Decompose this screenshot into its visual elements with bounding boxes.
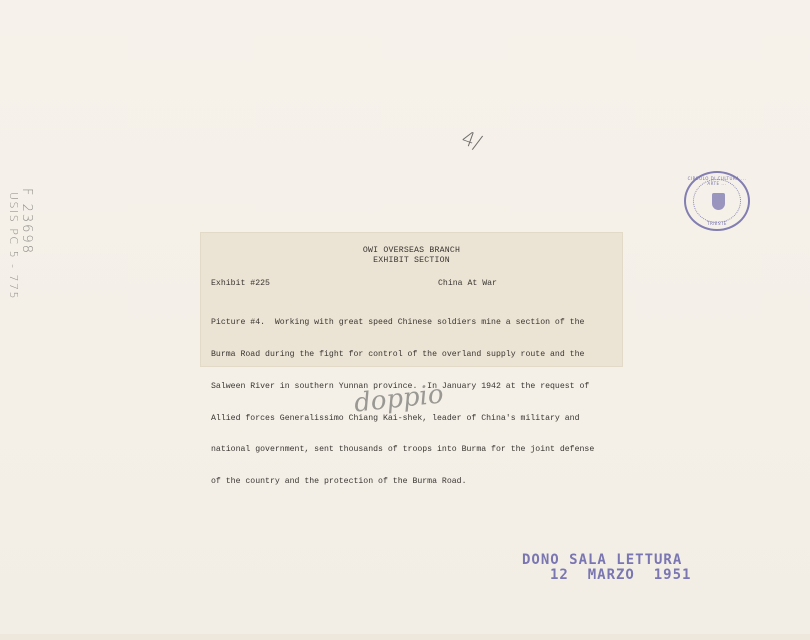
exhibit-subject: China At War xyxy=(438,279,497,290)
side-note-line-1: F 23698 xyxy=(19,188,34,255)
date-ink-stamp: DONO SALA LETTURA 12 MARZO 1951 xyxy=(522,552,691,583)
label-header: OWI OVERSEAS BRANCH EXHIBIT SECTION xyxy=(200,246,623,266)
document-page: F 23698 USIS PC 5 - 775 4/ CIRCOLO DI CU… xyxy=(0,0,810,640)
exhibit-number: Exhibit #225 xyxy=(211,279,270,290)
label-header-line-1: OWI OVERSEAS BRANCH xyxy=(200,246,623,256)
round-ink-stamp: CIRCOLO DI CULTURA ... ARTE ... TRIESTE xyxy=(684,171,750,231)
side-note-line-2: USIS PC 5 - 775 xyxy=(7,192,20,300)
date-stamp-line-1: DONO SALA LETTURA xyxy=(522,552,691,568)
caption-label-card: OWI OVERSEAS BRANCH EXHIBIT SECTION Exhi… xyxy=(200,232,623,367)
pencil-side-notation: F 23698 USIS PC 5 - 775 xyxy=(4,188,34,328)
label-header-line-2: EXHIBIT SECTION xyxy=(200,256,623,266)
stamp-bottom-text: TRIESTE xyxy=(686,221,748,226)
caption-line: national government, sent thousands of t… xyxy=(211,445,616,456)
caption-line: of the country and the protection of the… xyxy=(211,477,616,488)
stamp-top-text: CIRCOLO DI CULTURA ... ARTE ... xyxy=(686,176,748,186)
date-stamp-line-2: 12 MARZO 1951 xyxy=(550,567,691,583)
page-bottom-edge xyxy=(0,634,810,640)
pencil-page-mark: 4/ xyxy=(458,125,485,154)
caption-line: Burma Road during the fight for control … xyxy=(211,350,616,361)
caption-line: Picture #4. Working with great speed Chi… xyxy=(211,318,616,329)
shield-icon xyxy=(712,193,725,210)
caption-line: Allied forces Generalissimo Chiang Kai-s… xyxy=(211,414,616,425)
